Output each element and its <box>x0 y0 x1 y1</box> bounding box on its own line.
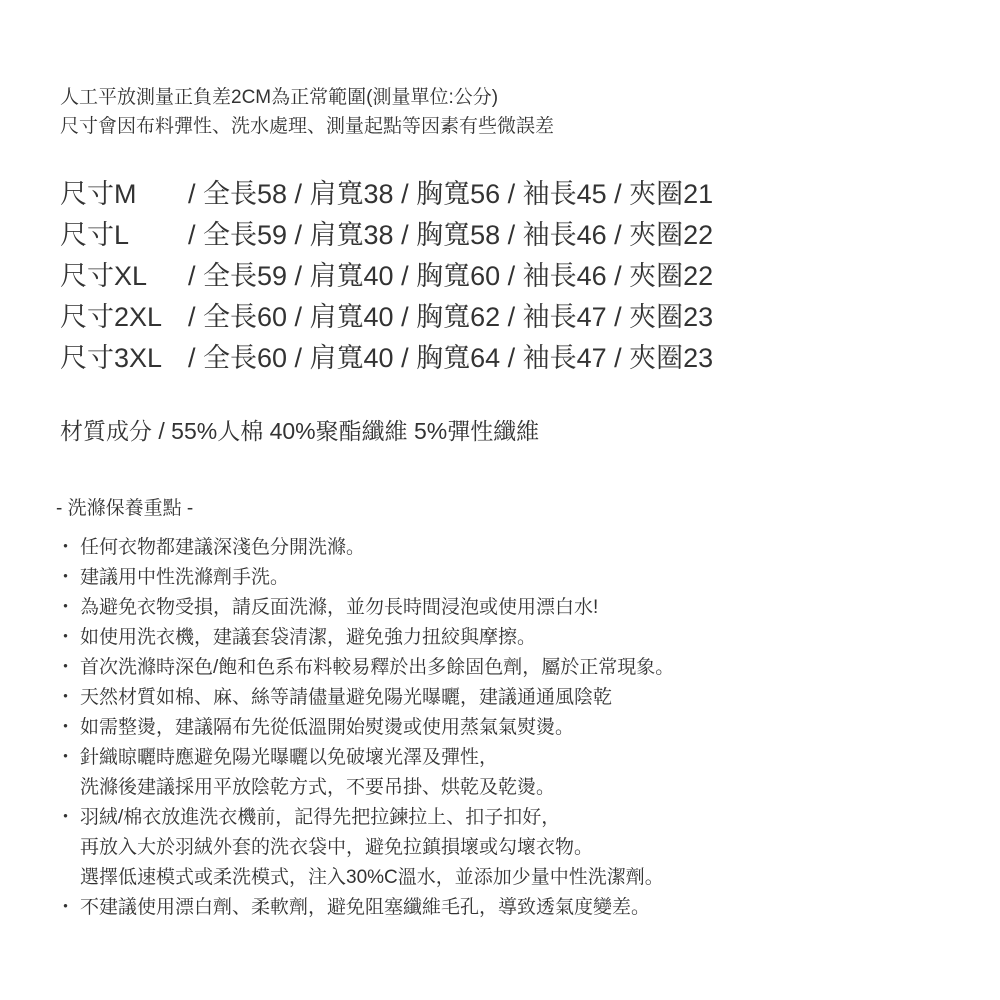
care-item-continuation: 再放入大於羽絨外套的洗衣袋中，避免拉鎮損壞或勾壞衣物。 <box>56 833 674 863</box>
care-item-text: 選擇低速模式或柔洗模式，注入30%C溫水，並添加少量中性洗潔劑。 <box>80 863 664 893</box>
size-chart: 尺寸M/ 全長58 / 肩寬38 / 胸寬56 / 袖長45 / 夾圈21 尺寸… <box>60 174 713 379</box>
size-row-specs: / 全長60 / 肩寬40 / 胸寬64 / 袖長47 / 夾圈23 <box>188 343 713 373</box>
size-row-l: 尺寸L/ 全長59 / 肩寬38 / 胸寬58 / 袖長46 / 夾圈22 <box>60 215 713 256</box>
care-item-text: 為避免衣物受損，請反面洗滌，並勿長時間浸泡或使用漂白水! <box>80 593 598 623</box>
bullet-marker: ・ <box>56 533 80 563</box>
care-item: ・羽絨/棉衣放進洗衣機前，記得先把拉鍊拉上、扣子扣好， <box>56 803 674 833</box>
care-item: ・天然材質如棉、麻、絲等請儘量避免陽光曝曬，建議通通風陰乾 <box>56 683 674 713</box>
care-heading: - 洗滌保養重點 - <box>56 494 674 524</box>
care-item: ・首次洗滌時深色/飽和色系布料較易釋於出多餘固色劑，屬於正常現象。 <box>56 653 674 683</box>
care-item-text: 如需整燙，建議隔布先從低溫開始熨燙或使用蒸氣氣熨燙。 <box>80 713 574 743</box>
bullet-marker: ・ <box>56 893 80 923</box>
size-row-label: 尺寸M <box>60 174 188 215</box>
size-row-m: 尺寸M/ 全長58 / 肩寬38 / 胸寬56 / 袖長45 / 夾圈21 <box>60 174 713 215</box>
care-item-text: 不建議使用漂白劑、柔軟劑，避免阻塞纖維毛孔，導致透氣度變差。 <box>80 893 650 923</box>
size-row-specs: / 全長59 / 肩寬40 / 胸寬60 / 袖長46 / 夾圈22 <box>188 261 713 291</box>
size-row-3xl: 尺寸3XL/ 全長60 / 肩寬40 / 胸寬64 / 袖長47 / 夾圈23 <box>60 338 713 379</box>
care-item: ・如使用洗衣機，建議套袋清潔，避免強力扭絞與摩擦。 <box>56 623 674 653</box>
size-row-xl: 尺寸XL/ 全長59 / 肩寬40 / 胸寬60 / 袖長46 / 夾圈22 <box>60 256 713 297</box>
bullet-marker: ・ <box>56 803 80 833</box>
bullet-marker: ・ <box>56 623 80 653</box>
care-item-text: 洗滌後建議採用平放陰乾方式，不要吊掛、烘乾及乾燙。 <box>80 773 555 803</box>
size-row-label: 尺寸2XL <box>60 297 188 338</box>
size-row-specs: / 全長59 / 肩寬38 / 胸寬58 / 袖長46 / 夾圈22 <box>188 220 713 250</box>
size-row-label: 尺寸XL <box>60 256 188 297</box>
bullet-marker <box>56 773 80 803</box>
measurement-notes: 人工平放測量正負差2CM為正常範圍(測量單位:公分) 尺寸會因布料彈性、洗水處理… <box>60 83 554 141</box>
care-item-text: 天然材質如棉、麻、絲等請儘量避免陽光曝曬，建議通通風陰乾 <box>80 683 612 713</box>
bullet-marker: ・ <box>56 683 80 713</box>
care-item-continuation: 選擇低速模式或柔洗模式，注入30%C溫水，並添加少量中性洗潔劑。 <box>56 863 674 893</box>
size-row-2xl: 尺寸2XL/ 全長60 / 肩寬40 / 胸寬62 / 袖長47 / 夾圈23 <box>60 297 713 338</box>
care-item-text: 建議用中性洗滌劑手洗。 <box>80 563 289 593</box>
bullet-marker: ・ <box>56 653 80 683</box>
bullet-marker: ・ <box>56 743 80 773</box>
measurement-note-line-1: 人工平放測量正負差2CM為正常範圍(測量單位:公分) <box>60 83 554 112</box>
care-item-text: 針織晾曬時應避免陽光曝曬以免破壞光澤及彈性， <box>80 743 498 773</box>
care-item: ・建議用中性洗滌劑手洗。 <box>56 563 674 593</box>
care-item: ・針織晾曬時應避免陽光曝曬以免破壞光澤及彈性， <box>56 743 674 773</box>
material-composition: 材質成分 / 55%人棉 40%聚酯纖維 5%彈性纖維 <box>60 414 539 448</box>
size-row-label: 尺寸3XL <box>60 338 188 379</box>
care-item: ・為避免衣物受損，請反面洗滌，並勿長時間浸泡或使用漂白水! <box>56 593 674 623</box>
care-item: ・如需整燙，建議隔布先從低溫開始熨燙或使用蒸氣氣熨燙。 <box>56 713 674 743</box>
care-item-text: 羽絨/棉衣放進洗衣機前，記得先把拉鍊拉上、扣子扣好， <box>80 803 560 833</box>
care-item-continuation: 洗滌後建議採用平放陰乾方式，不要吊掛、烘乾及乾燙。 <box>56 773 674 803</box>
care-item-text: 再放入大於羽絨外套的洗衣袋中，避免拉鎮損壞或勾壞衣物。 <box>80 833 593 863</box>
bullet-marker: ・ <box>56 563 80 593</box>
product-info-sheet: 人工平放測量正負差2CM為正常範圍(測量單位:公分) 尺寸會因布料彈性、洗水處理… <box>0 0 1000 1000</box>
bullet-marker: ・ <box>56 593 80 623</box>
care-item-text: 首次洗滌時深色/飽和色系布料較易釋於出多餘固色劑，屬於正常現象。 <box>80 653 674 683</box>
size-row-specs: / 全長60 / 肩寬40 / 胸寬62 / 袖長47 / 夾圈23 <box>188 302 713 332</box>
bullet-marker <box>56 863 80 893</box>
bullet-marker: ・ <box>56 713 80 743</box>
measurement-note-line-2: 尺寸會因布料彈性、洗水處理、測量起點等因素有些微誤差 <box>60 112 554 141</box>
size-row-label: 尺寸L <box>60 215 188 256</box>
care-item: ・不建議使用漂白劑、柔軟劑，避免阻塞纖維毛孔，導致透氣度變差。 <box>56 893 674 923</box>
care-item-text: 如使用洗衣機，建議套袋清潔，避免強力扭絞與摩擦。 <box>80 623 536 653</box>
care-instructions: - 洗滌保養重點 - ・任何衣物都建議深淺色分開洗滌。 ・建議用中性洗滌劑手洗。… <box>56 494 674 923</box>
care-item: ・任何衣物都建議深淺色分開洗滌。 <box>56 533 674 563</box>
size-row-specs: / 全長58 / 肩寬38 / 胸寬56 / 袖長45 / 夾圈21 <box>188 179 713 209</box>
bullet-marker <box>56 833 80 863</box>
care-item-text: 任何衣物都建議深淺色分開洗滌。 <box>80 533 365 563</box>
